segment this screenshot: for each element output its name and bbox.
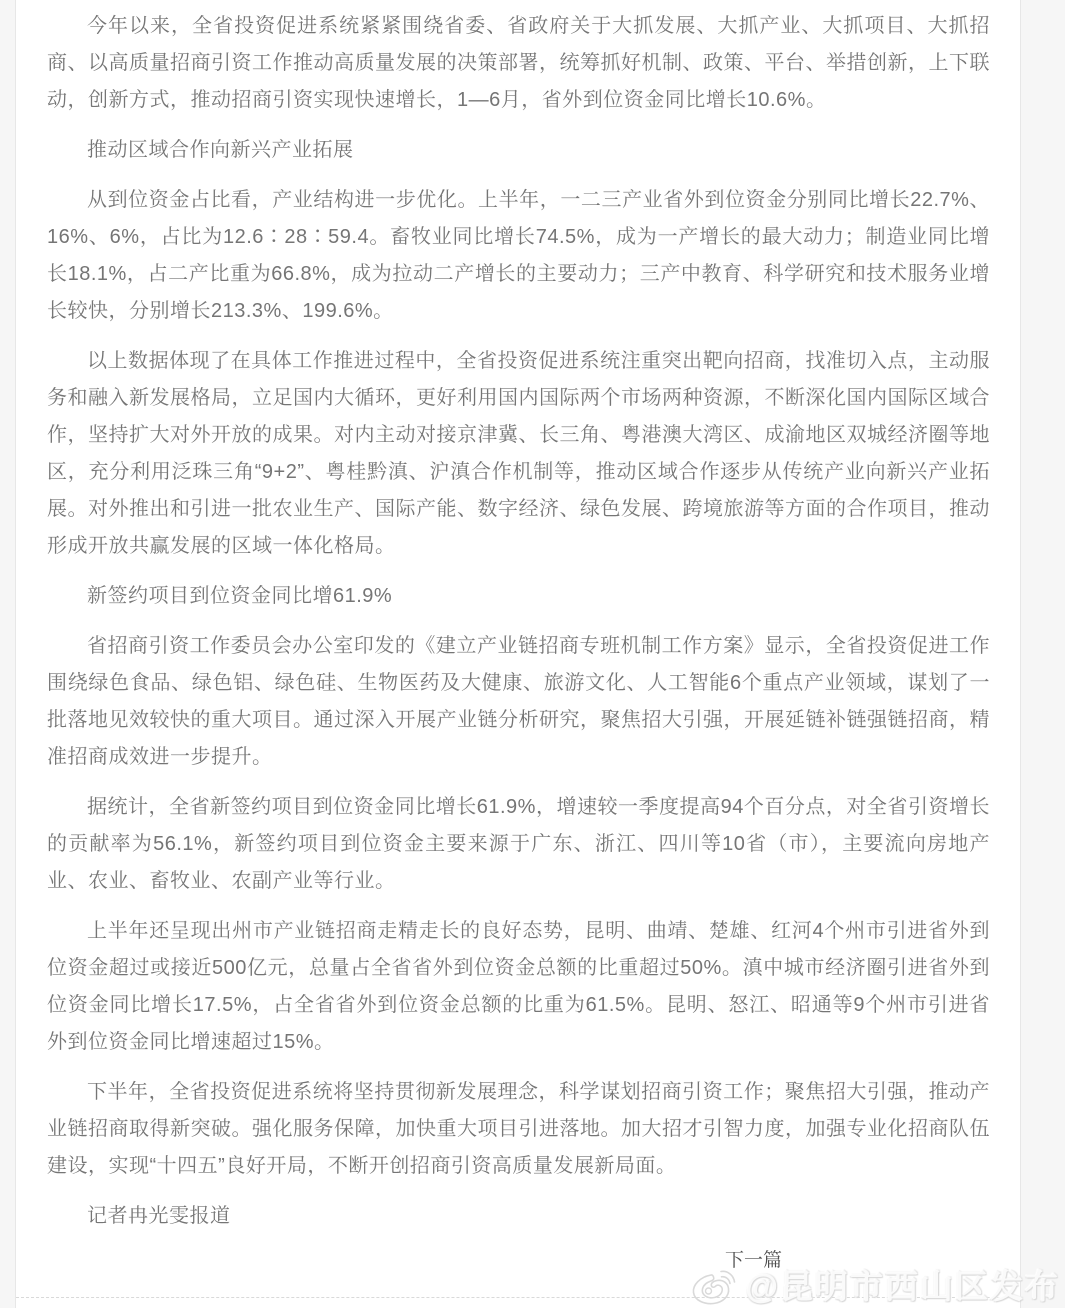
next-article-link[interactable]: 下一篇 [725, 1248, 782, 1274]
reporter-byline: 记者冉光雯报道 [47, 1198, 990, 1235]
article-paragraph: 今年以来，全省投资促进系统紧紧围绕省委、省政府关于大抓发展、大抓产业、大抓项目、… [47, 8, 990, 119]
article-paragraph: 上半年还呈现出州市产业链招商走精走长的良好态势，昆明、曲靖、楚雄、红河4个州市引… [47, 913, 990, 1061]
article-content: 今年以来，全省投资促进系统紧紧围绕省委、省政府关于大抓发展、大抓产业、大抓项目、… [15, 0, 1021, 1308]
article-paragraph: 省招商引资工作委员会办公室印发的《建立产业链招商专班机制工作方案》显示，全省投资… [47, 628, 990, 776]
bottom-dashed-divider [16, 1297, 1020, 1298]
article-paragraph: 以上数据体现了在具体工作推进过程中，全省投资促进系统注重突出靶向招商，找准切入点… [47, 343, 990, 565]
article-paragraph: 从到位资金占比看，产业结构进一步优化。上半年，一二三产业省外到位资金分别同比增长… [47, 182, 990, 330]
article-paragraph: 据统计，全省新签约项目到位资金同比增长61.9%，增速较一季度提高94个百分点，… [47, 789, 990, 900]
article-footer: 下一篇 [47, 1248, 990, 1274]
section-heading-regional-cooperation: 推动区域合作向新兴产业拓展 [47, 132, 990, 169]
article-paragraph: 下半年，全省投资促进系统将坚持贯彻新发展理念，科学谋划招商引资工作；聚焦招大引强… [47, 1074, 990, 1185]
section-heading-new-projects: 新签约项目到位资金同比增61.9% [47, 578, 990, 615]
